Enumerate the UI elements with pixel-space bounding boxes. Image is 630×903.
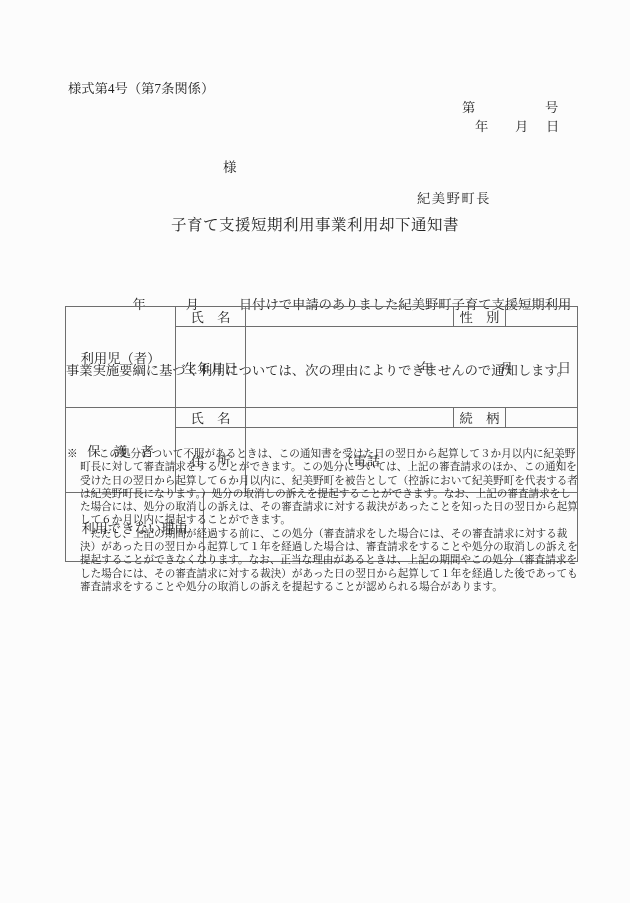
form-number: 様式第4号（第7条関係）	[68, 78, 214, 97]
doc-number-suffix: 号	[545, 97, 558, 116]
document-page: 様式第4号（第7条関係） 第 号 年 月 日 様 紀美野町長 子育て支援短期利用…	[0, 0, 630, 903]
document-title: 子育て支援短期利用事業利用却下通知書	[0, 213, 630, 235]
birth-month-label: 月	[500, 358, 513, 377]
relation-value-cell	[506, 408, 578, 428]
doc-number-prefix: 第	[462, 97, 475, 116]
appeal-notes: ※ この処分について不服があるときは、この通知書を受けた日の翌日から起算して３か…	[67, 448, 579, 594]
child-section-label: 利用児（者）	[66, 307, 176, 408]
note-paragraph-2: ただし、上記の期間が経過する前に、この処分（審査請求をした場合には、その審査請求…	[67, 528, 579, 594]
birth-year-label: 年	[420, 358, 433, 377]
gender-label: 性 別	[454, 307, 506, 327]
issue-date-month-label: 月	[515, 116, 528, 135]
note-paragraph-1: ※ この処分について不服があるときは、この通知書を受けた日の翌日から起算して３か…	[67, 448, 579, 528]
birthdate-value-cell: 年 月 日	[246, 327, 578, 408]
child-name-value-cell	[246, 307, 454, 327]
birth-day-label: 日	[558, 358, 571, 377]
table-row: 保 護 者 氏 名 続 柄	[66, 408, 578, 428]
sender-title: 紀美野町長	[417, 188, 491, 207]
table-row: 利用児（者） 氏 名 性 別	[66, 307, 578, 327]
child-name-label: 氏 名	[176, 307, 246, 327]
gender-value-cell	[506, 307, 578, 327]
guardian-name-label: 氏 名	[176, 408, 246, 428]
addressee-honorific: 様	[223, 156, 237, 176]
issue-date-year-label: 年	[475, 116, 488, 135]
relation-label: 続 柄	[454, 408, 506, 428]
birthdate-label: 生年月日	[176, 327, 246, 408]
guardian-name-value-cell	[246, 408, 454, 428]
issue-date-day-label: 日	[546, 116, 559, 135]
